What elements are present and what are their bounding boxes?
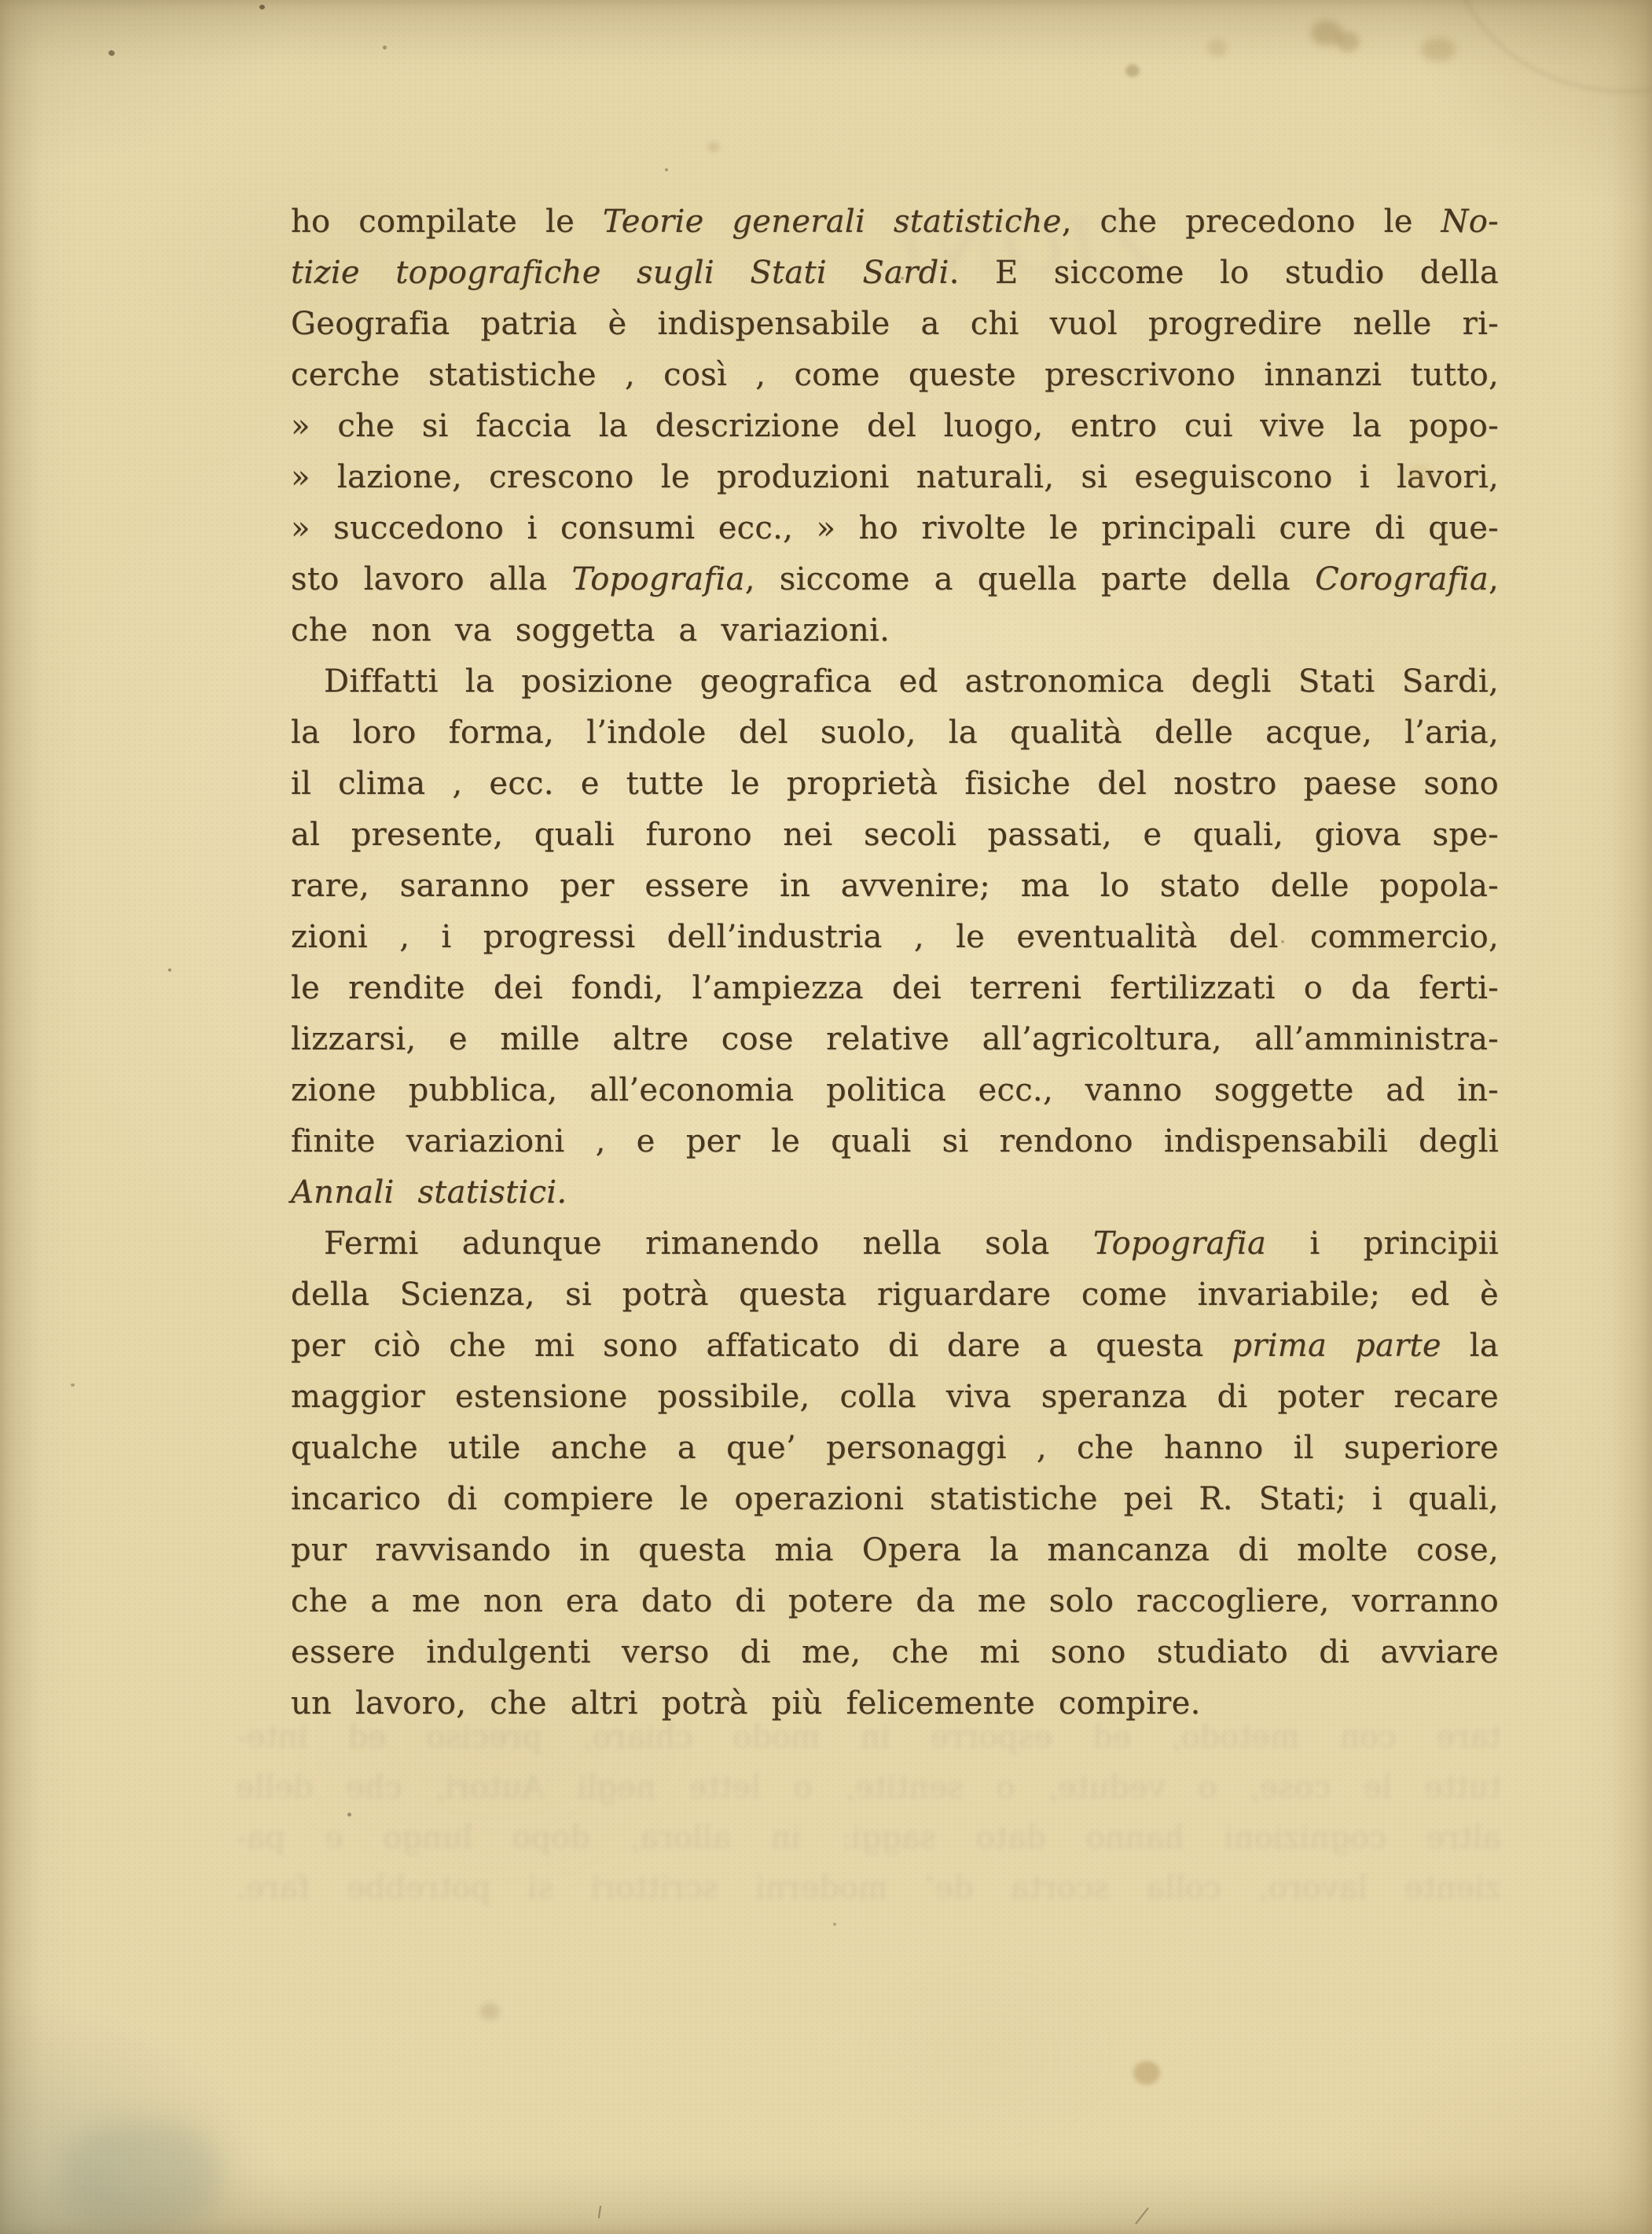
text-segment: cerche statistiche , così , come queste …: [291, 357, 1499, 393]
stain: [707, 141, 720, 152]
italic-text-segment: Annali statistici.: [291, 1174, 567, 1211]
text-segment: ho compilate le: [291, 204, 603, 240]
scanned-book-page: { "page": { "paper_color": "#e6d7a9", "i…: [0, 0, 1652, 2234]
text-segment: pur ravvisando in questa mia Opera la ma…: [291, 1532, 1499, 1568]
text-line: Annali statistici.: [291, 1167, 1499, 1218]
text-segment: Fermi adunque rimanendo nella sola: [324, 1225, 1093, 1262]
text-line: della Scienza, si potrà questa riguardar…: [291, 1269, 1499, 1321]
stain: [1133, 2061, 1160, 2085]
text-segment: Geografia patria è indispensabile a chi …: [291, 306, 1499, 342]
text-segment: maggior estensione possibile, colla viva…: [291, 1379, 1499, 1415]
text-line: tizie topografiche sugli Stati Sardi. E …: [291, 248, 1499, 299]
text-segment: » succedono i consumi ecc., » ho rivolte…: [291, 510, 1499, 546]
page-curl-mark: [1451, 0, 1652, 93]
text-segment: la: [1441, 1328, 1499, 1364]
italic-text-segment: tizie topografiche sugli Stati Sardi: [291, 255, 949, 291]
text-block: ho compilate le Teorie generali statisti…: [291, 197, 1499, 1729]
text-segment: zioni , i progressi dell’industria , le …: [291, 919, 1499, 955]
showthrough-text: tare con metodo, ed esporre in modo chia…: [236, 1712, 1501, 1913]
stain: [1125, 64, 1140, 77]
text-line: pur ravvisando in questa mia Opera la ma…: [291, 1525, 1499, 1576]
text-line: qualche utile anche a que’ personaggi , …: [291, 1423, 1499, 1474]
paper-fiber: [1135, 2207, 1149, 2225]
text-line: ho compilate le Teorie generali statisti…: [291, 197, 1499, 248]
text-line: le rendite dei fondi, l’ampiezza dei ter…: [291, 963, 1499, 1014]
text-segment: che a me non era dato di potere da me so…: [291, 1583, 1499, 1619]
text-segment: . E siccome lo studio della: [949, 255, 1499, 291]
text-line: » che si faccia la descrizione del luogo…: [291, 401, 1499, 452]
text-segment: della Scienza, si potrà questa riguardar…: [291, 1277, 1499, 1313]
text-line: la loro forma, l’indole del suolo, la qu…: [291, 707, 1499, 759]
italic-text-segment: Topografia: [571, 561, 744, 597]
text-line: il clima , ecc. e tutte le proprietà fis…: [291, 759, 1499, 810]
stain: [1336, 31, 1360, 52]
text-segment: un lavoro, che altri potrà più felicemen…: [291, 1685, 1201, 1721]
text-segment: il clima , ecc. e tutte le proprietà fis…: [291, 766, 1499, 802]
showthrough-line: ziente lavoro, colla scorta de’ moderni …: [236, 1863, 1501, 1913]
text-segment: al presente, quali furono nei secoli pas…: [291, 817, 1499, 853]
text-segment: lizzarsi, e mille altre cose relative al…: [291, 1021, 1499, 1057]
text-segment: » lazione, crescono le produzioni natura…: [291, 459, 1499, 495]
showthrough-line: tutte le cose, o vedute, o sentite, o le…: [236, 1762, 1501, 1813]
italic-text-segment: No-: [1441, 204, 1500, 240]
text-segment: la loro forma, l’indole del suolo, la qu…: [291, 715, 1499, 751]
stain: [63, 2122, 220, 2232]
text-segment: , siccome a quella parte della: [745, 561, 1315, 597]
stain: [479, 2003, 500, 2020]
paper-speck: [108, 50, 116, 57]
italic-text-segment: Teorie generali statistiche: [603, 204, 1062, 240]
paper-speck: [383, 46, 387, 50]
text-line: per ciò che mi sono affaticato di dare a…: [291, 1321, 1499, 1372]
paper-speck: [833, 1923, 836, 1926]
text-segment: zione pubblica, all’economia politica ec…: [291, 1072, 1499, 1108]
text-line: che a me non era dato di potere da me so…: [291, 1576, 1499, 1627]
text-segment: , che precedono le: [1062, 204, 1441, 240]
paper-speck: [71, 1383, 75, 1387]
text-line: lizzarsi, e mille altre cose relative al…: [291, 1014, 1499, 1065]
text-line: Diffatti la posizione geografica ed astr…: [291, 656, 1499, 707]
text-line: sto lavoro alla Topografia, siccome a qu…: [291, 554, 1499, 605]
stain: [1311, 20, 1342, 46]
italic-text-segment: prima parte: [1232, 1328, 1441, 1364]
text-segment: ,: [1489, 561, 1499, 597]
text-line: zione pubblica, all’economia politica ec…: [291, 1065, 1499, 1116]
text-segment: finite variazioni , e per le quali si re…: [291, 1123, 1499, 1159]
paper-speck: [665, 168, 668, 171]
paper-speck: [259, 5, 265, 9]
text-segment: per ciò che mi sono affaticato di dare a…: [291, 1328, 1232, 1364]
text-segment: Diffatti la posizione geografica ed astr…: [324, 663, 1499, 700]
text-line: finite variazioni , e per le quali si re…: [291, 1116, 1499, 1167]
text-line: » lazione, crescono le produzioni natura…: [291, 452, 1499, 503]
text-segment: essere indulgenti verso di me, che mi so…: [291, 1634, 1499, 1670]
text-line: essere indulgenti verso di me, che mi so…: [291, 1627, 1499, 1678]
text-segment: incarico di compiere le operazioni stati…: [291, 1481, 1499, 1517]
paper-speck: [347, 1813, 351, 1817]
text-line: Geografia patria è indispensabile a chi …: [291, 299, 1499, 350]
paper-fiber: [598, 2206, 601, 2218]
text-segment: » che si faccia la descrizione del luogo…: [291, 408, 1499, 444]
paper-speck: [168, 968, 171, 972]
text-segment: i principii: [1266, 1225, 1499, 1262]
stain: [1421, 38, 1456, 61]
text-line: rare, saranno per essere in avvenire; ma…: [291, 861, 1499, 912]
text-line: maggior estensione possibile, colla viva…: [291, 1372, 1499, 1423]
showthrough-line: altre cognizioni hanno dato saggi: in al…: [236, 1813, 1501, 1863]
italic-text-segment: Topografia: [1093, 1225, 1266, 1262]
text-line: zioni , i progressi dell’industria , le …: [291, 912, 1499, 963]
italic-text-segment: Corografia: [1315, 561, 1489, 597]
text-segment: le rendite dei fondi, l’ampiezza dei ter…: [291, 970, 1499, 1006]
text-segment: che non va soggetta a variazioni.: [291, 612, 890, 649]
text-line: incarico di compiere le operazioni stati…: [291, 1474, 1499, 1525]
text-segment: sto lavoro alla: [291, 561, 571, 597]
text-line: » succedono i consumi ecc., » ho rivolte…: [291, 503, 1499, 554]
stain: [1207, 39, 1228, 57]
text-line: al presente, quali furono nei secoli pas…: [291, 810, 1499, 861]
text-line: Fermi adunque rimanendo nella sola Topog…: [291, 1218, 1499, 1269]
text-segment: rare, saranno per essere in avvenire; ma…: [291, 868, 1499, 904]
text-line: cerche statistiche , così , come queste …: [291, 350, 1499, 401]
text-line: un lavoro, che altri potrà più felicemen…: [291, 1678, 1499, 1729]
text-line: che non va soggetta a variazioni.: [291, 605, 1499, 656]
text-segment: qualche utile anche a que’ personaggi , …: [291, 1430, 1499, 1466]
